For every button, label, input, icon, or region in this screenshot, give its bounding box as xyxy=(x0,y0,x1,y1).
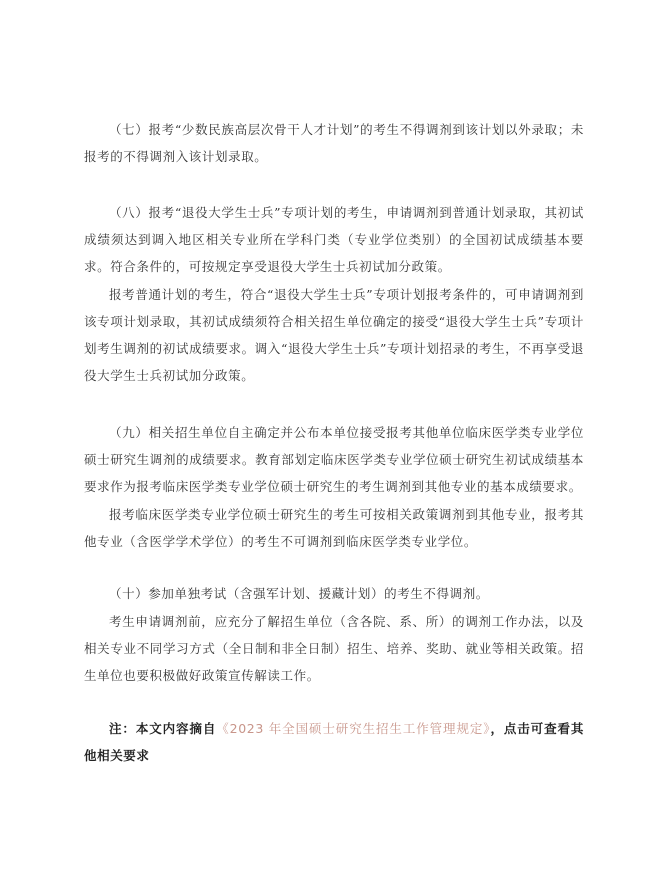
paragraph-eight-b: 报考普通计划的考生，符合“退役大学生士兵”专项计划报考条件的，可申请调剂到该专项… xyxy=(84,281,584,389)
paragraph-eight-a: （八）报考“退役大学生士兵”专项计划的考生，申请调剂到普通计划录取，其初试成绩须… xyxy=(84,199,584,280)
source-document-link[interactable]: 《2023 年全国硕士研究生招生工作管理规定》 xyxy=(216,721,490,736)
note-prefix: 注：本文内容摘自 xyxy=(109,721,216,736)
source-note: 注：本文内容摘自《2023 年全国硕士研究生招生工作管理规定》，点击可查看其他相… xyxy=(84,715,584,769)
paragraph-seven: （七）报考“少数民族高层次骨干人才计划”的考生不得调剂到该计划以外录取；未报考的… xyxy=(84,116,584,170)
paragraph-ten-a: （十）参加单独考试（含强军计划、援藏计划）的考生不得调剂。 xyxy=(84,580,584,607)
paragraph-nine-a: （九）相关招生单位自主确定并公布本单位接受报考其他单位临床医学类专业学位硕士研究… xyxy=(84,419,584,500)
paragraph-nine-b: 报考临床医学类专业学位硕士研究生的考生可按相关政策调剂到其他专业，报考其他专业（… xyxy=(84,501,584,555)
paragraph-ten-b: 考生申请调剂前，应充分了解招生单位（含各院、系、所）的调剂工作办法，以及相关专业… xyxy=(84,608,584,689)
